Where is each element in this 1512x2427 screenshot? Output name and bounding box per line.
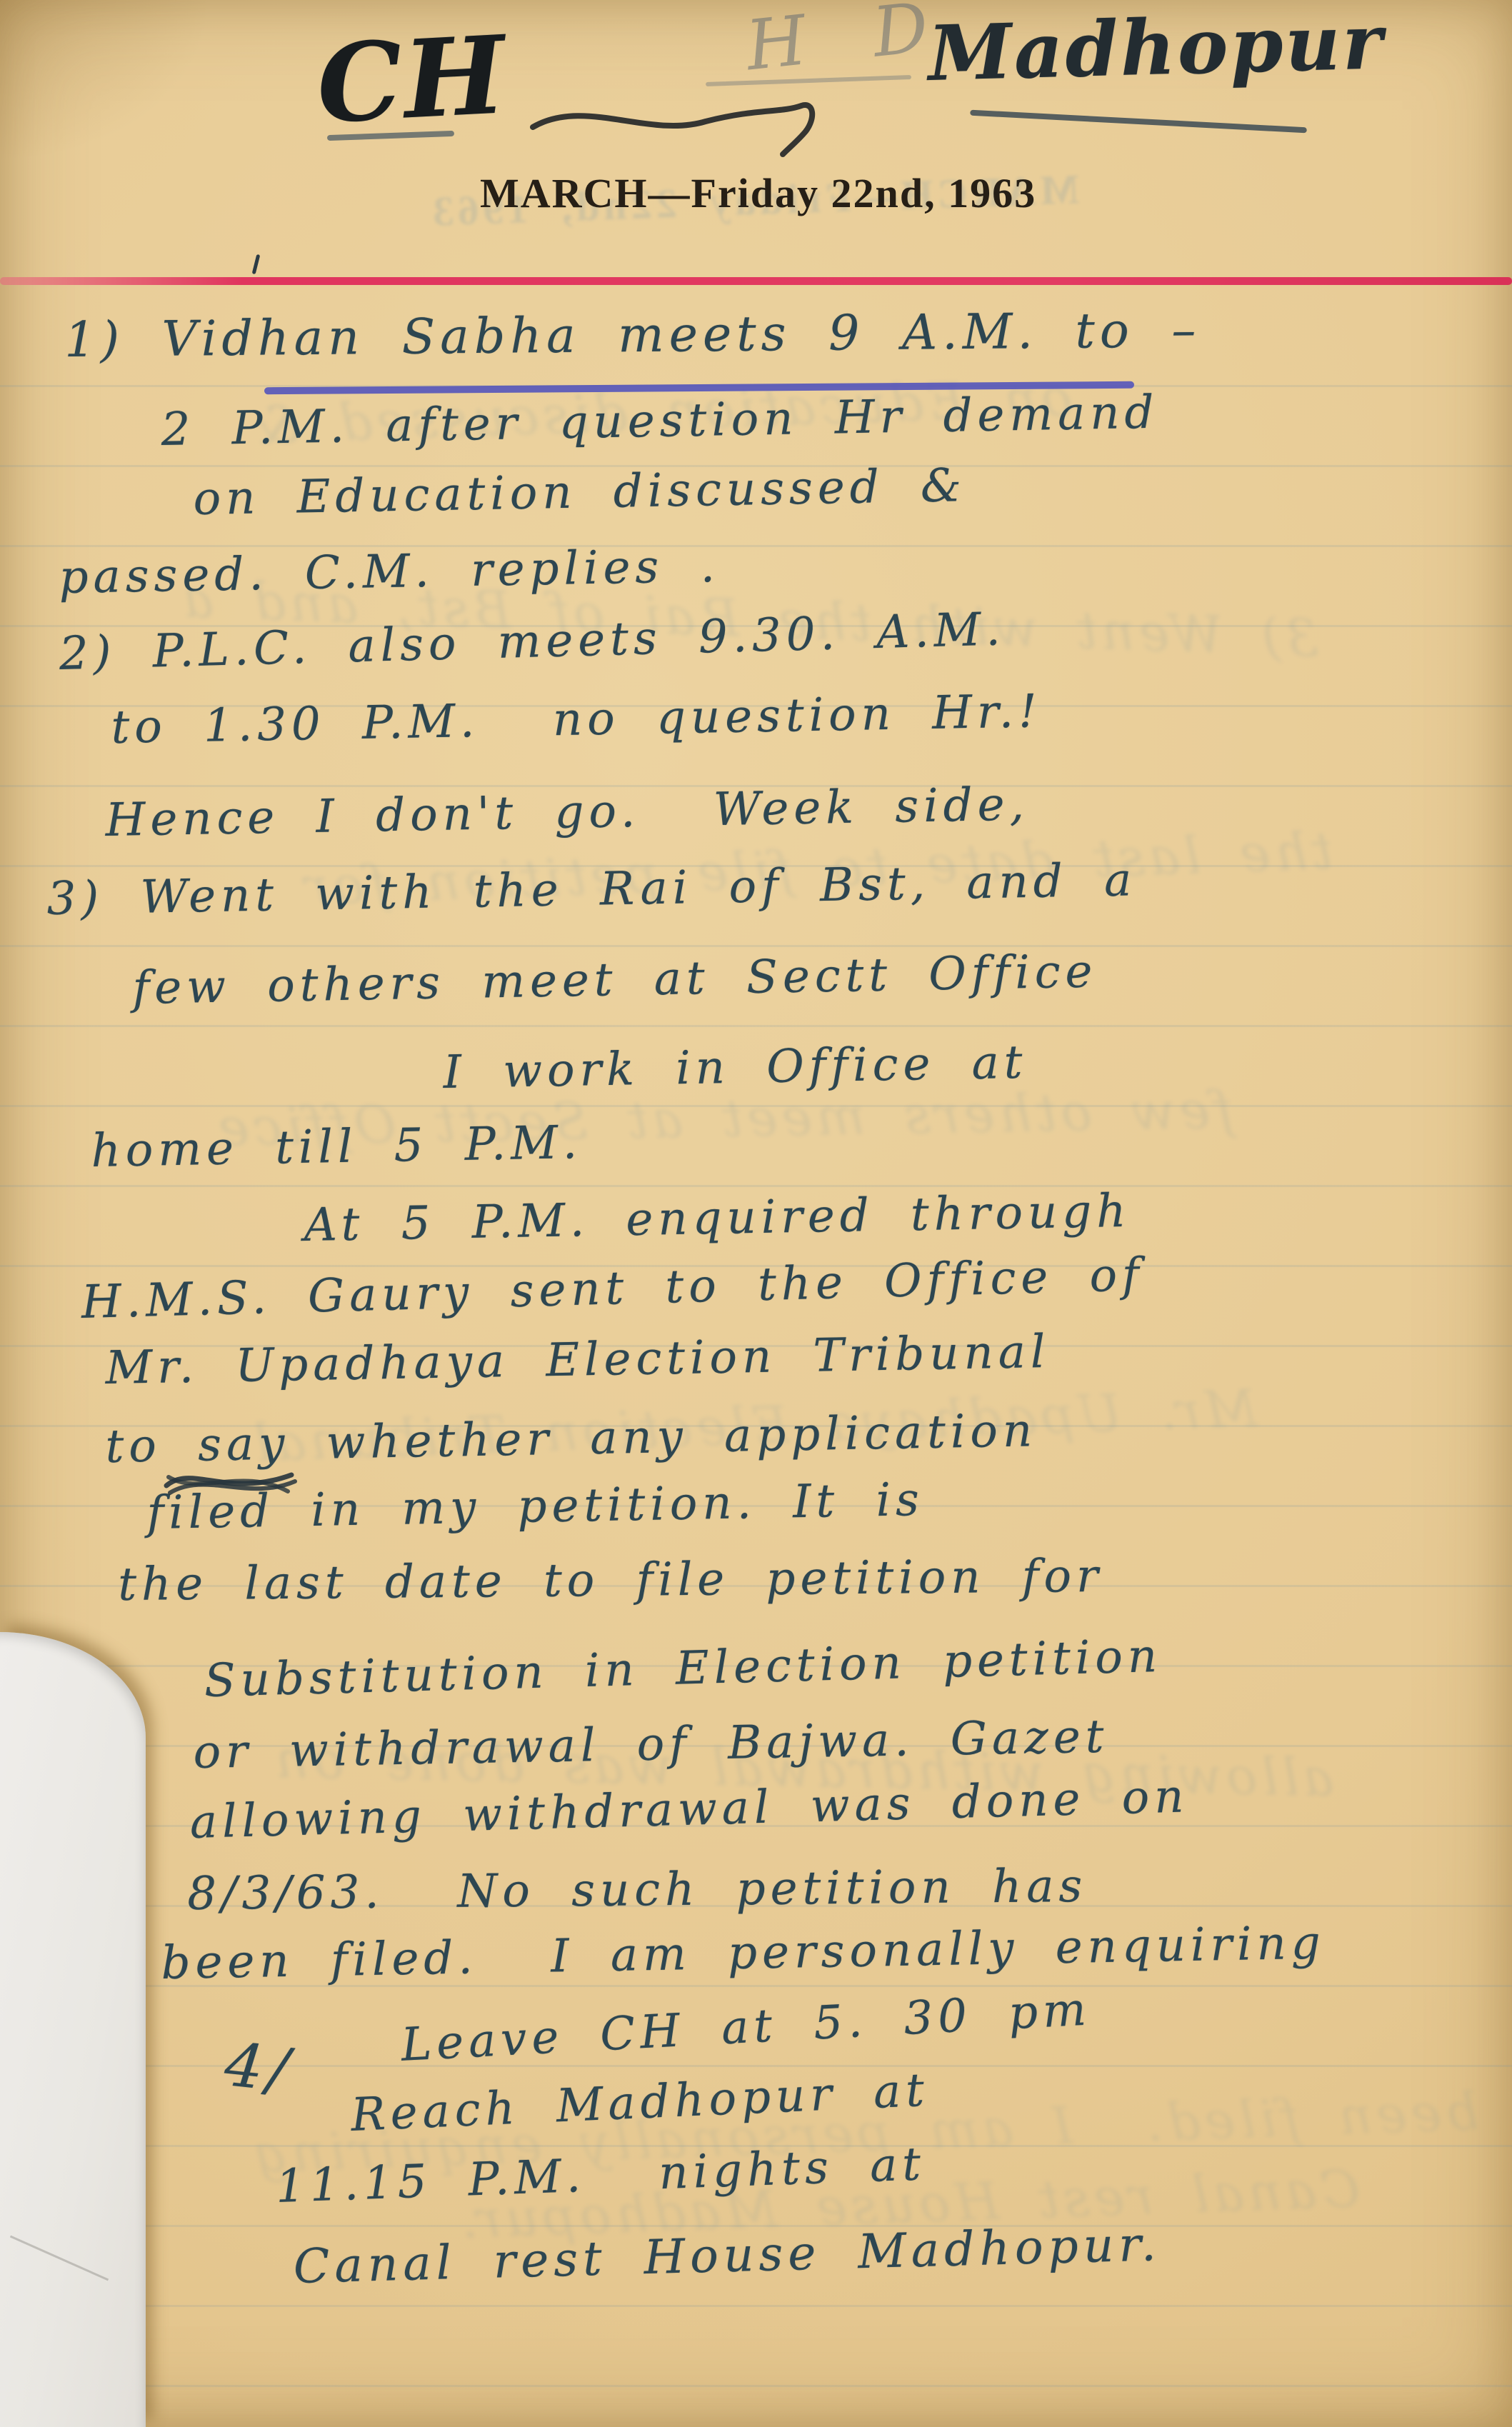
diary-line: I work in Office at	[443, 1039, 1028, 1098]
place-underline-stroke	[970, 110, 1307, 134]
diary-line: the last date to file petition for	[118, 1552, 1103, 1610]
annotation-ch: CH	[314, 17, 509, 143]
strikethrough-scribble	[163, 1456, 299, 1506]
diary-line: 1) Vidhan Sabha meets 9 A.M. to –	[64, 304, 1201, 366]
ink-flourish	[527, 84, 827, 163]
item-4-marker: 4/	[222, 2032, 297, 2103]
ink-tick	[252, 254, 261, 274]
diary-line: 8/3/63. No such petition has	[187, 1862, 1087, 1919]
page-corner-cutout	[0, 1632, 146, 2427]
diary-line: passed. C.M. replies .	[59, 542, 720, 603]
diary-line: home till 5 P.M.	[91, 1119, 583, 1176]
printed-date-header: MARCH—Friday 22nd, 1963	[480, 173, 1036, 214]
pink-rule	[0, 277, 1512, 285]
diary-page: MARCH—Friday 22nd, 1963 on Education dis…	[0, 0, 1512, 2427]
annotation-place: Madhopur	[927, 1, 1386, 94]
annotation-pencil-hd: H D	[743, 0, 946, 84]
